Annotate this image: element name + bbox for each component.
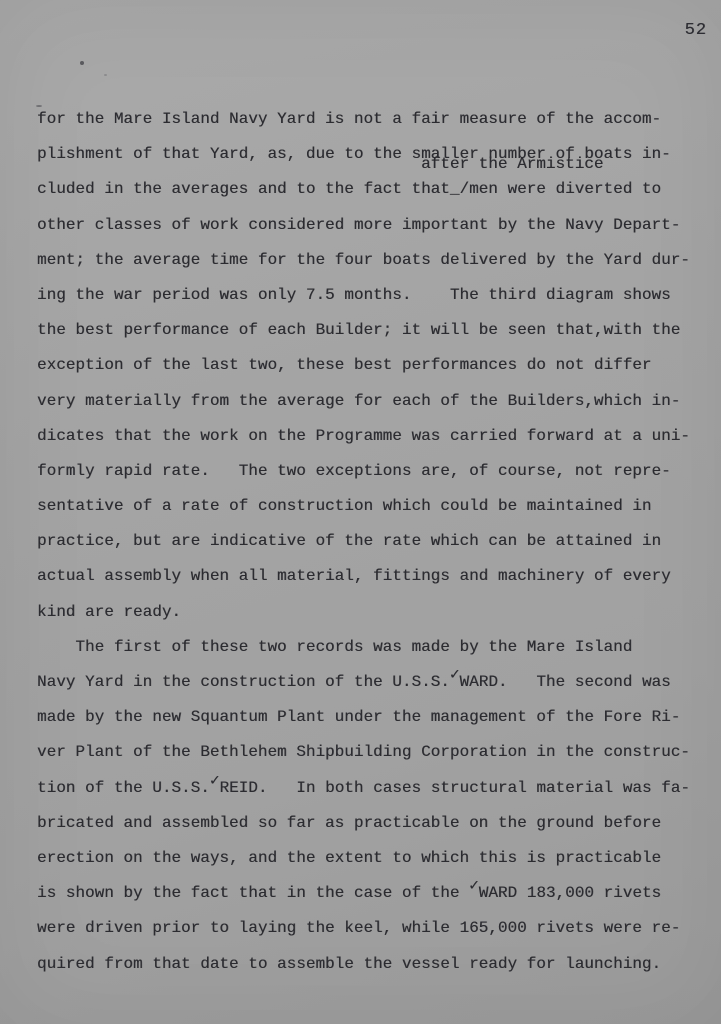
check-mark-icon: ✓ [469, 869, 479, 904]
typed-line: quired from that date to assemble the ve… [37, 947, 707, 982]
interlinear-insertion-text: after the Armistice [421, 156, 603, 172]
typed-line: exception of the last two, these best pe… [37, 348, 707, 383]
typed-line: ing the war period was only 7.5 months. … [37, 278, 707, 313]
typed-line: after the Armisticecluded in the average… [37, 172, 707, 207]
typed-line: The first of these two records was made … [37, 630, 707, 665]
typed-line: dicates that the work on the Programme w… [37, 419, 707, 454]
page-number: 52 [685, 21, 707, 40]
typed-line: ment; the average time for the four boat… [37, 243, 707, 278]
typed-line: tion of the U.S.S.✓REID. In both cases s… [37, 771, 707, 806]
typed-line: other classes of work considered more im… [37, 208, 707, 243]
typed-line: bricated and assembled so far as practic… [37, 806, 707, 841]
typed-text-block: for the Mare Island Navy Yard is not a f… [37, 102, 707, 982]
paper-speck [104, 74, 107, 76]
typed-line: formly rapid rate. The two exceptions ar… [37, 454, 707, 489]
typed-line: practice, but are indicative of the rate… [37, 524, 707, 559]
typed-line: sentative of a rate of construction whic… [37, 489, 707, 524]
typed-line: actual assembly when all material, fitti… [37, 559, 707, 594]
typed-line: kind are ready. [37, 595, 707, 630]
typed-line: the best performance of each Builder; it… [37, 313, 707, 348]
typed-line: for the Mare Island Navy Yard is not a f… [37, 102, 707, 137]
check-mark-icon: ✓ [210, 764, 220, 799]
typed-line: ver Plant of the Bethlehem Shipbuilding … [37, 735, 707, 770]
paper-speck [80, 61, 84, 65]
typed-line: plishment of that Yard, as, due to the s… [37, 137, 707, 172]
typed-line: is shown by the fact that in the case of… [37, 876, 707, 911]
typed-line: very materially from the average for eac… [37, 384, 707, 419]
typed-line: made by the new Squantum Plant under the… [37, 700, 707, 735]
typed-line: were driven prior to laying the keel, wh… [37, 911, 707, 946]
typed-line: erection on the ways, and the extent to … [37, 841, 707, 876]
check-mark-icon: ✓ [450, 658, 460, 693]
typed-line: Navy Yard in the construction of the U.S… [37, 665, 707, 700]
